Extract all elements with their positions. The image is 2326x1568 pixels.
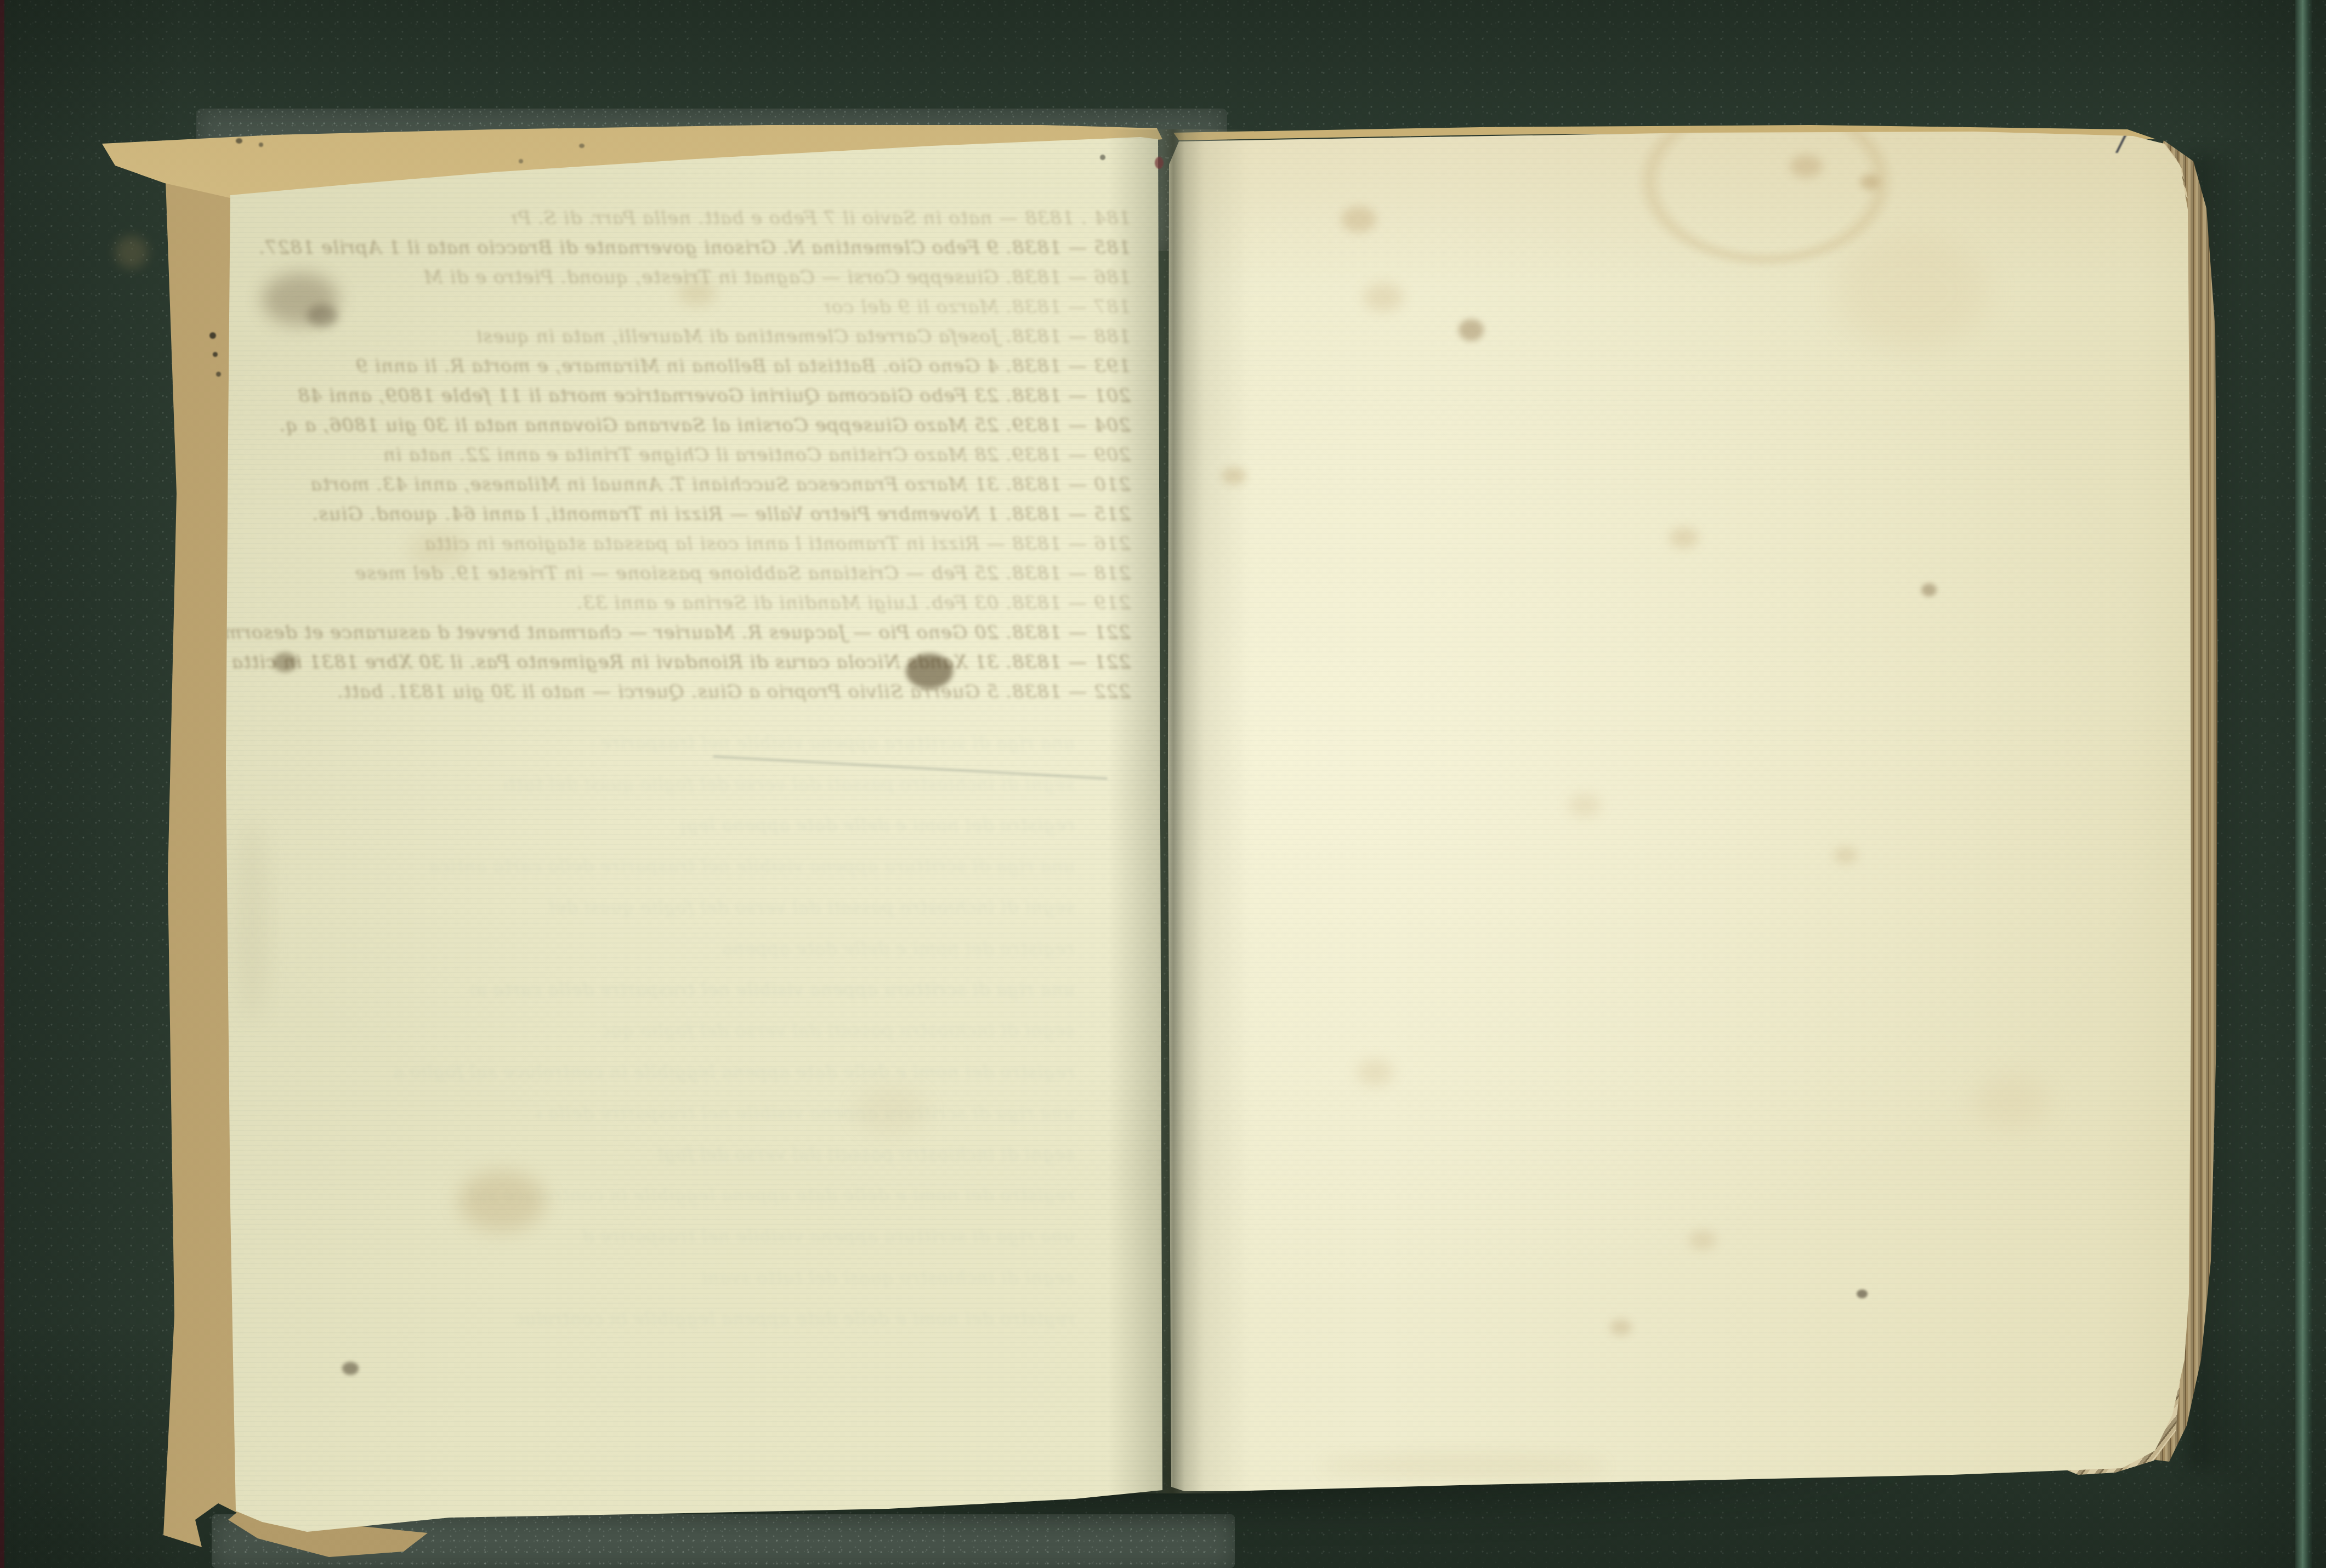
stain-spot bbox=[458, 1171, 546, 1231]
faint-bleedthrough-line: una riga di scrittura appena visibile ne… bbox=[537, 1103, 1075, 1130]
faint-bleedthrough-line: segni di inchiostro passati dal verso de… bbox=[658, 1144, 1075, 1171]
glass-edge-right bbox=[2295, 0, 2312, 1568]
faint-bleedthrough-line: registro dei nomi e delle date appena le… bbox=[724, 938, 1075, 965]
faint-bleedthrough-line: una riga di scrittura appena visibile ne… bbox=[581, 1226, 1075, 1253]
stain-spot bbox=[1363, 283, 1404, 311]
bleedthrough-line: 186 — 1838. Giuseppe Corsi — Cagnat in T… bbox=[423, 266, 1131, 296]
bleedthrough-line: 222 — 1838. 5 Guerra Silvio Proprio a Gi… bbox=[275, 681, 1131, 711]
bleedthrough-line: 204 — 1839. 25 Mazo Giuseppe Corsini al … bbox=[198, 414, 1131, 444]
faint-bleedthrough-line: segni di inchiostro quasi del tutto svan… bbox=[702, 1267, 1075, 1294]
faint-bleedthrough-line: segni di inchiostro passati dal verso de… bbox=[504, 774, 1075, 801]
stain-spot bbox=[236, 822, 269, 1020]
stain-spot bbox=[1669, 527, 1699, 548]
stain-spot bbox=[273, 652, 297, 672]
faint-bleedthrough-line: segni di inchiostro passati dal verso de… bbox=[603, 1020, 1075, 1048]
gutter-shadow bbox=[1108, 129, 1250, 1493]
bleedthrough-line: 187 — 1838. Marzo li 9 del corr. bbox=[824, 296, 1131, 326]
bleedthrough-line: 216 — 1838 — Rizzi in Tramonti l anni co… bbox=[423, 533, 1131, 563]
faint-bleedthrough-line: una riga di scrittura appena visibile ne… bbox=[592, 732, 1075, 760]
bleedthrough-line: 221 — 1838. 31 Xands Nicola carus di Rio… bbox=[166, 651, 1131, 681]
faint-bleedthrough-line: registro dei nomi e delle date appena le… bbox=[395, 1061, 1075, 1089]
stain-spot bbox=[1974, 1075, 2051, 1129]
stain-spot bbox=[307, 305, 338, 327]
stain-spot bbox=[408, 531, 468, 569]
stain-spot bbox=[1341, 206, 1376, 232]
stain-spot bbox=[1834, 847, 1858, 864]
stain-spot bbox=[1610, 1319, 1632, 1336]
bleedthrough-line: 210 — 1838. 31 Marzo Francesca Succhiani… bbox=[303, 474, 1131, 503]
stain-spot bbox=[1857, 1289, 1868, 1298]
bleedthrough-line: 221 — 1838. 20 Geno Pio — Jacques R. Mau… bbox=[177, 622, 1131, 651]
bleedthrough-line: 201 — 1838. 23 Febo Giacoma Quirini Gove… bbox=[264, 385, 1131, 414]
bleedthrough-line: 215 — 1838. 1 Novembre Pietro Valle — Ri… bbox=[297, 503, 1131, 533]
stain-spot bbox=[906, 654, 953, 689]
faint-bleedthrough-line: registro dei nomi e delle date appena le… bbox=[515, 1308, 1075, 1336]
stain-spot bbox=[678, 281, 716, 306]
stain-spot bbox=[1568, 794, 1601, 817]
bleedthrough-line: 193 — 1838. 4 Geno Gio. Battista la Bell… bbox=[347, 355, 1131, 385]
stain-spot bbox=[1860, 174, 1880, 190]
bleedthrough-line: 184 . 1838 — nato in Savio il 7 Febo e b… bbox=[511, 207, 1131, 237]
stain-spot bbox=[342, 1362, 359, 1375]
stain-spot bbox=[1321, 1454, 1607, 1478]
bleedthrough-line: 219 — 1838. 03 Feb. Luigi Mandini di Ser… bbox=[577, 592, 1131, 622]
stain-spot bbox=[1357, 1059, 1394, 1086]
faint-bleedthrough-line: registro dei nomi e delle date appena le… bbox=[680, 815, 1075, 842]
film-edge-left bbox=[0, 0, 4, 1568]
bleedthrough-line: 218 — 1838. 25 Feb — Cristiana Sabbione … bbox=[352, 563, 1131, 592]
faint-bleedthrough-line: una riga di scrittura appena visibile ne… bbox=[428, 856, 1075, 883]
stain-spot bbox=[1790, 155, 1823, 178]
bleedthrough-line: 188 — 1838. Josefa Carreta Clementina di… bbox=[478, 326, 1131, 355]
faint-bleedthrough-line: una riga di scrittura appena visibile ne… bbox=[472, 979, 1075, 1007]
stain-spot bbox=[1689, 1230, 1716, 1250]
stain-spot bbox=[855, 1086, 927, 1135]
photo-scene: 184 . 1838 — nato in Savio il 7 Febo e b… bbox=[0, 0, 2326, 1568]
stain-spot bbox=[1921, 583, 1937, 596]
stain-spot bbox=[1836, 234, 1989, 349]
bleedthrough-line: 185 — 1838. 9 Febo Clementina N. Grisoni… bbox=[231, 237, 1131, 266]
bleedthrough-line: 209 — 1839. 28 Mazo Cristina Contiera il… bbox=[385, 444, 1131, 474]
faint-bleedthrough-line: segni di inchiostro passati dal verso de… bbox=[548, 897, 1075, 924]
faint-bleedthrough-line: registro dei nomi e delle date appena le… bbox=[461, 1185, 1075, 1212]
stain-spot bbox=[1459, 319, 1484, 341]
